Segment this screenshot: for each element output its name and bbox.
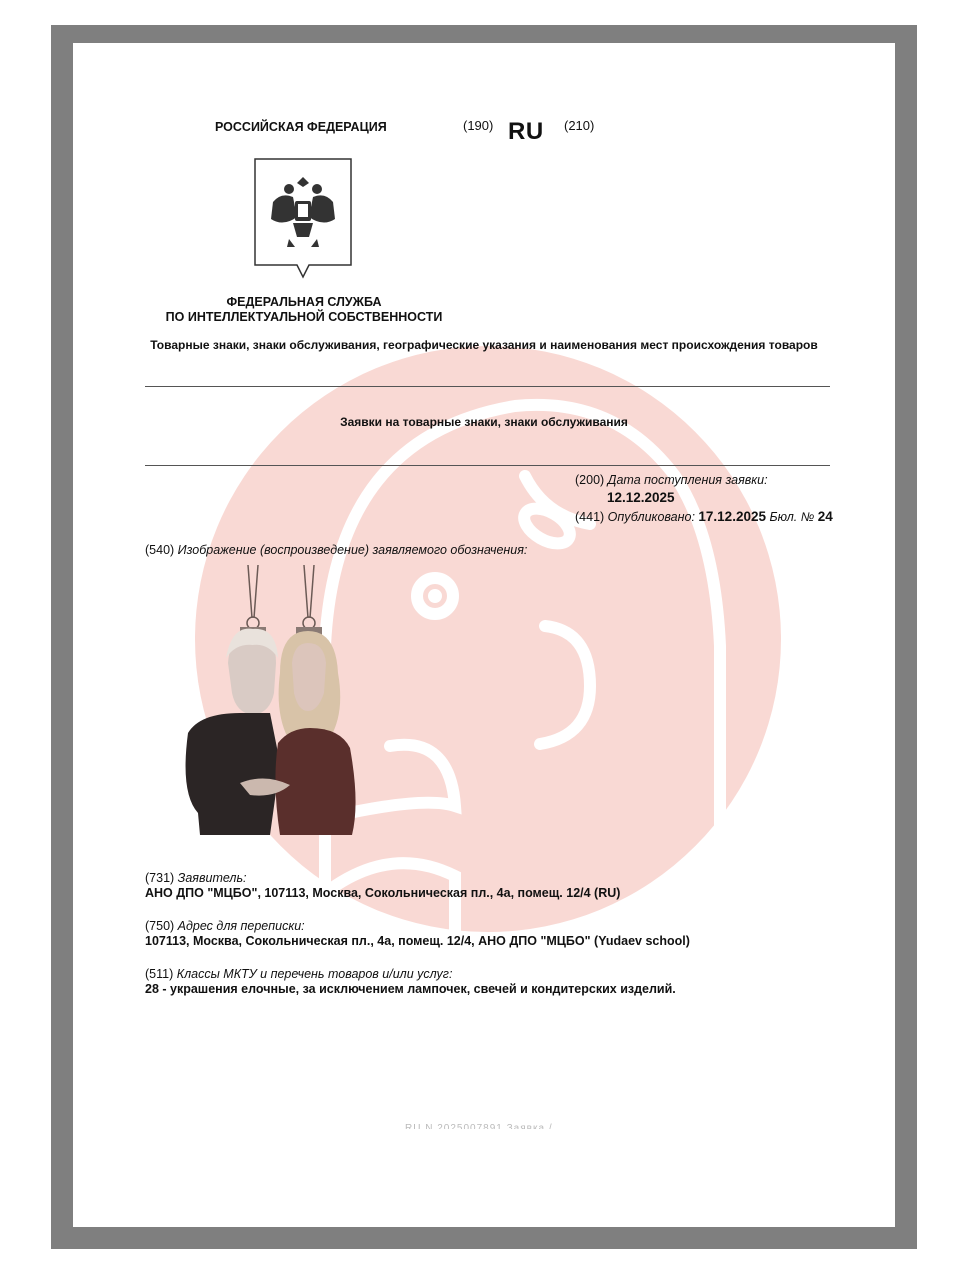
divider-top [145, 386, 830, 387]
published-label: Опубликовано: [608, 510, 695, 524]
address-code: (750) [145, 919, 174, 933]
subsection-title: Заявки на товарные знаки, знаки обслужив… [73, 415, 895, 429]
applicant-value: АНО ДПО "МЦБО", 107113, Москва, Сокольни… [145, 886, 620, 900]
mark-label-text: Изображение (воспроизведение) заявляемог… [178, 543, 528, 557]
filing-code: (200) [575, 473, 604, 487]
filing-label: Дата поступления заявки: [608, 473, 768, 487]
applicant-label: Заявитель: [178, 871, 247, 885]
classes-label: Классы МКТУ и перечень товаров и/или усл… [177, 967, 453, 981]
footer-faint-text: RU N 2025007891 Заявка / [405, 1123, 553, 1129]
section-title: Товарные знаки, знаки обслуживания, геог… [73, 338, 895, 352]
country-name: РОССИЙСКАЯ ФЕДЕРАЦИЯ [215, 120, 387, 134]
publication-line: (441) Опубликовано: 17.12.2025 Бюл. № 24 [575, 509, 833, 524]
address-value: 107113, Москва, Сокольническая пл., 4а, … [145, 934, 690, 948]
mark-label: (540) Изображение (воспроизведение) заяв… [145, 543, 527, 557]
agency-line-2: ПО ИНТЕЛЛЕКТУАЛЬНОЙ СОБСТВЕННОСТИ [155, 310, 453, 325]
trademark-image [180, 563, 365, 835]
field-applicant: (731) Заявитель: АНО ДПО "МЦБО", 107113,… [145, 871, 620, 900]
country-code: RU [508, 118, 544, 146]
filing-date: 12.12.2025 [607, 490, 675, 505]
divider-bottom [145, 465, 830, 466]
published-date: 17.12.2025 [698, 509, 766, 524]
code-190: (190) [463, 118, 493, 133]
classes-value: 28 - украшения елочные, за исключением л… [145, 982, 676, 996]
coat-of-arms-icon [253, 157, 353, 279]
published-code: (441) [575, 510, 604, 524]
field-classes: (511) Классы МКТУ и перечень товаров и/и… [145, 967, 676, 996]
filing-date-label: (200) Дата поступления заявки: [575, 473, 768, 487]
field-correspondence-address: (750) Адрес для переписки: 107113, Москв… [145, 919, 690, 948]
code-210: (210) [564, 118, 594, 133]
applicant-code: (731) [145, 871, 174, 885]
agency-line-1: ФЕДЕРАЛЬНАЯ СЛУЖБА [155, 295, 453, 310]
address-label: Адрес для переписки: [178, 919, 305, 933]
agency-name: ФЕДЕРАЛЬНАЯ СЛУЖБА ПО ИНТЕЛЛЕКТУАЛЬНОЙ С… [155, 295, 453, 325]
mark-code: (540) [145, 543, 174, 557]
bulletin-label: Бюл. № [769, 510, 814, 524]
bulletin-number: 24 [818, 509, 833, 524]
classes-code: (511) [145, 967, 173, 981]
